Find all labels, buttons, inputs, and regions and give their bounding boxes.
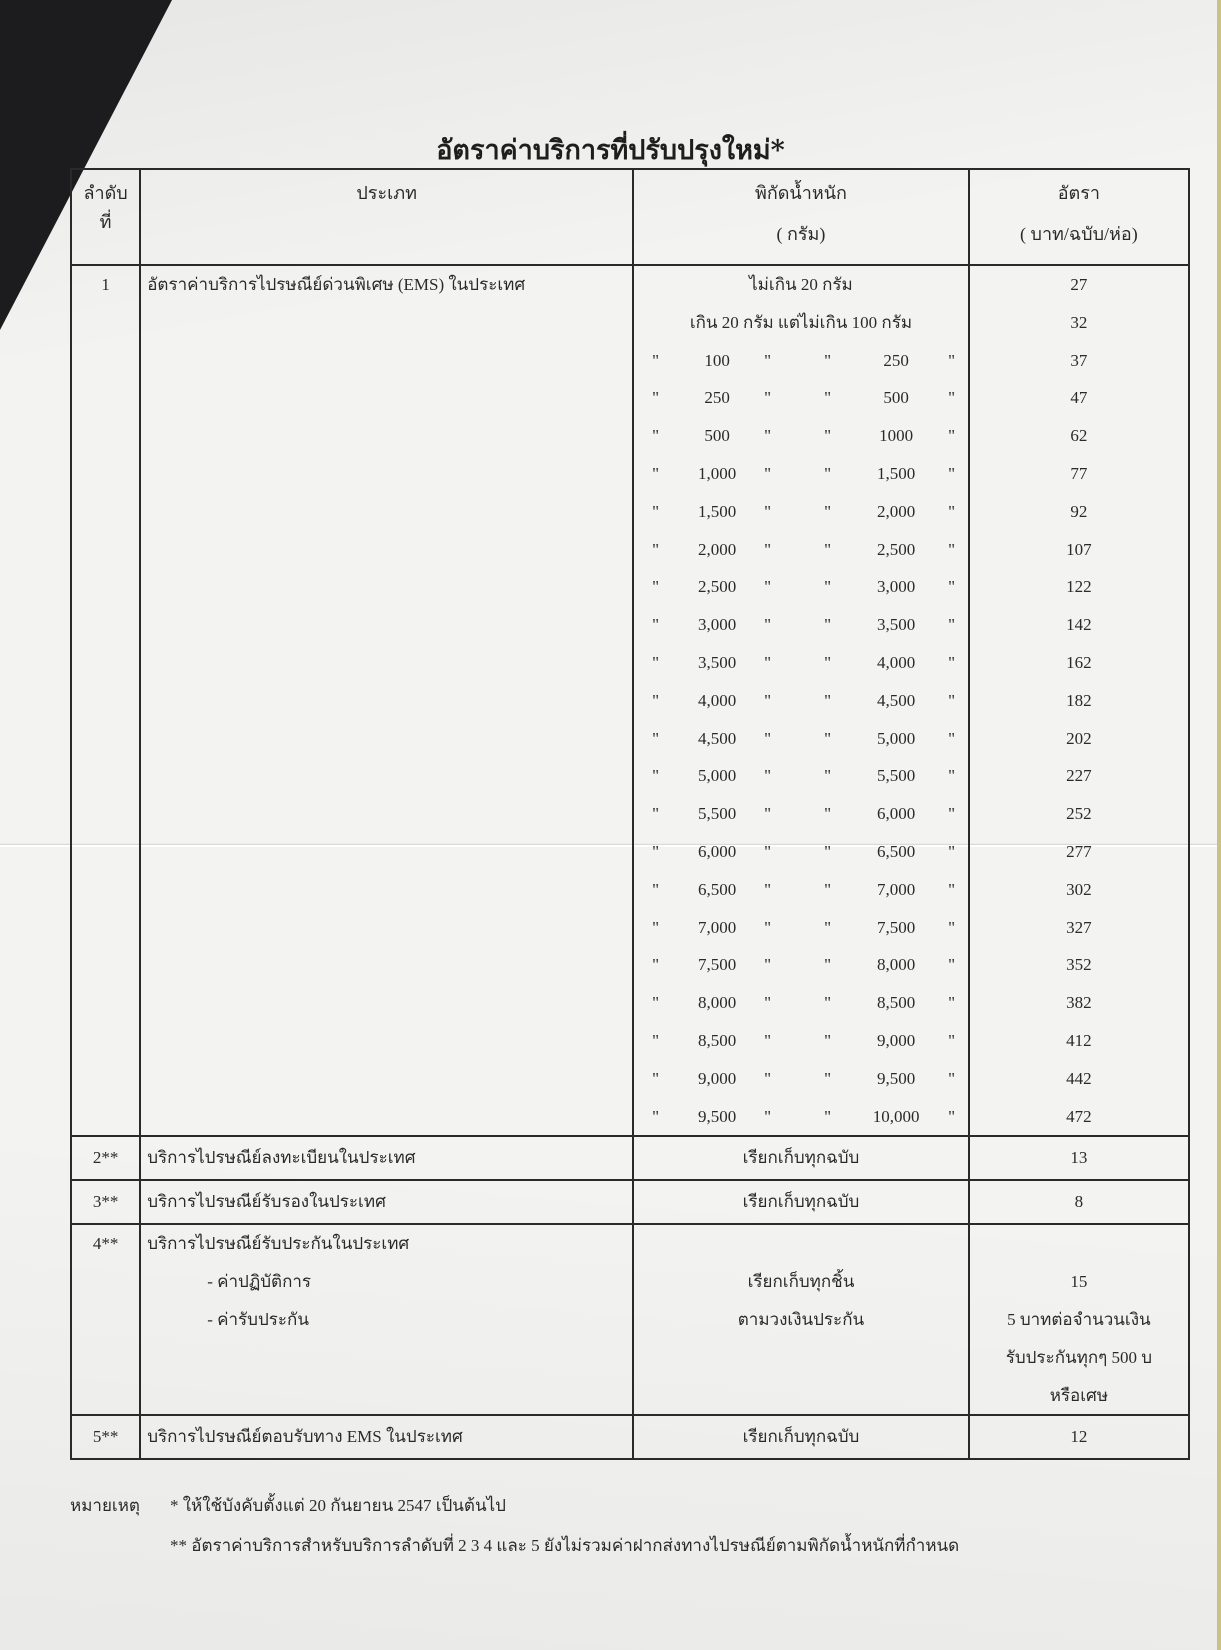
weight-tier: "4,500""5,000" bbox=[640, 720, 962, 758]
rate-value: 182 bbox=[976, 682, 1182, 720]
weight-tier: "2,000""2,500" bbox=[640, 531, 962, 569]
weight-tier: "6,000""6,500" bbox=[640, 833, 962, 871]
header-no: ลำดับที่ bbox=[71, 169, 140, 265]
weight-tier: "5,000""5,500" bbox=[640, 757, 962, 795]
note-2: ** อัตราค่าบริการสำหรับบริการลำดับที่ 2 … bbox=[70, 1526, 959, 1566]
section-5-rate: 12 bbox=[969, 1415, 1189, 1459]
document-title: อัตราค่าบริการที่ปรับปรุงใหม่* bbox=[0, 128, 1221, 171]
weight-tier: "8,500""9,000" bbox=[640, 1022, 962, 1060]
weight-tier: "100""250" bbox=[640, 342, 962, 380]
rate-value: 302 bbox=[976, 871, 1182, 909]
weight-tier: "250""500" bbox=[640, 379, 962, 417]
table-row-section-3: 3** บริการไปรษณีย์รับรองในประเทศ เรียกเก… bbox=[71, 1180, 1189, 1224]
table-row-section-5: 5** บริการไปรษณีย์ตอบรับทาง EMS ในประเทศ… bbox=[71, 1415, 1189, 1459]
section-2-no: 2** bbox=[71, 1136, 140, 1180]
section-1-type: อัตราค่าบริการไปรษณีย์ด่วนพิเศษ (EMS) ใน… bbox=[140, 265, 633, 1136]
rate-value: 162 bbox=[976, 644, 1182, 682]
rate-value: 107 bbox=[976, 531, 1182, 569]
weight-tier: "1,500""2,000" bbox=[640, 493, 962, 531]
page-edge bbox=[1217, 0, 1221, 1650]
rate-value: 47 bbox=[976, 379, 1182, 417]
section-4-weights: เรียกเก็บทุกชิ้น ตามวงเงินประกัน bbox=[633, 1224, 969, 1415]
table-header-row: ลำดับที่ ประเภท พิกัดน้ำหนัก ( กรัม) อัต… bbox=[71, 169, 1189, 265]
weight-tier: "6,500""7,000" bbox=[640, 871, 962, 909]
weight-tier: "5,500""6,000" bbox=[640, 795, 962, 833]
rate-value: 352 bbox=[976, 946, 1182, 984]
section-3-type: บริการไปรษณีย์รับรองในประเทศ bbox=[140, 1180, 633, 1224]
section-1-rates: 27 32 3747627792107122142162182202227252… bbox=[969, 265, 1189, 1136]
rate-value: 202 bbox=[976, 720, 1182, 758]
weight-tier: "2,500""3,000" bbox=[640, 568, 962, 606]
rate-value: 92 bbox=[976, 493, 1182, 531]
section-4-item-insurance: - ค่ารับประกัน bbox=[147, 1301, 626, 1339]
section-2-type: บริการไปรษณีย์ลงทะเบียนในประเทศ bbox=[140, 1136, 633, 1180]
section-5-no: 5** bbox=[71, 1415, 140, 1459]
rate-value: 227 bbox=[976, 757, 1182, 795]
section-2-rate: 13 bbox=[969, 1136, 1189, 1180]
rate-value: 442 bbox=[976, 1060, 1182, 1098]
section-1-weights: ไม่เกิน 20 กรัม เกิน 20 กรัม แต่ไม่เกิน … bbox=[633, 265, 969, 1136]
header-weight: พิกัดน้ำหนัก ( กรัม) bbox=[633, 169, 969, 265]
section-3-no: 3** bbox=[71, 1180, 140, 1224]
rate-table: ลำดับที่ ประเภท พิกัดน้ำหนัก ( กรัม) อัต… bbox=[70, 168, 1190, 1460]
header-type: ประเภท bbox=[140, 169, 633, 265]
weight-tier: "3,000""3,500" bbox=[640, 606, 962, 644]
section-4-type: บริการไปรษณีย์รับประกันในประเทศ - ค่าปฏิ… bbox=[140, 1224, 633, 1415]
weight-tier: "1,000""1,500" bbox=[640, 455, 962, 493]
table-row-section-2: 2** บริการไปรษณีย์ลงทะเบียนในประเทศ เรีย… bbox=[71, 1136, 1189, 1180]
section-4-rates: 15 5 บาทต่อจำนวนเงิน รับประกันทุกๆ 500 บ… bbox=[969, 1224, 1189, 1415]
weight-tier: "9,000""9,500" bbox=[640, 1060, 962, 1098]
note-1: หมายเหตุ* ให้ใช้บังคับตั้งแต่ 20 กันยายน… bbox=[70, 1486, 959, 1526]
weight-tier: "4,000""4,500" bbox=[640, 682, 962, 720]
section-5-type: บริการไปรษณีย์ตอบรับทาง EMS ในประเทศ bbox=[140, 1415, 633, 1459]
weight-tier: "7,000""7,500" bbox=[640, 909, 962, 947]
rate-value: 327 bbox=[976, 909, 1182, 947]
rate-value: 77 bbox=[976, 455, 1182, 493]
section-1-no: 1 bbox=[71, 265, 140, 1136]
section-4-item-operation: - ค่าปฏิบัติการ bbox=[147, 1263, 626, 1301]
rate-value: 122 bbox=[976, 568, 1182, 606]
section-5-weight: เรียกเก็บทุกฉบับ bbox=[633, 1415, 969, 1459]
rate-value: 252 bbox=[976, 795, 1182, 833]
rate-value: 62 bbox=[976, 417, 1182, 455]
section-3-rate: 8 bbox=[969, 1180, 1189, 1224]
weight-tier: "7,500""8,000" bbox=[640, 946, 962, 984]
notes: หมายเหตุ* ให้ใช้บังคับตั้งแต่ 20 กันยายน… bbox=[70, 1486, 959, 1566]
rate-value: 472 bbox=[976, 1098, 1182, 1136]
table-row-section-4: 4** บริการไปรษณีย์รับประกันในประเทศ - ค่… bbox=[71, 1224, 1189, 1415]
section-3-weight: เรียกเก็บทุกฉบับ bbox=[633, 1180, 969, 1224]
rate-value: 37 bbox=[976, 342, 1182, 380]
rate-value: 412 bbox=[976, 1022, 1182, 1060]
section-4-no: 4** bbox=[71, 1224, 140, 1415]
rate-value: 382 bbox=[976, 984, 1182, 1022]
header-rate: อัตรา ( บาท/ฉบับ/ห่อ) bbox=[969, 169, 1189, 265]
weight-tier: "3,500""4,000" bbox=[640, 644, 962, 682]
section-2-weight: เรียกเก็บทุกฉบับ bbox=[633, 1136, 969, 1180]
weight-tier: "9,500""10,000" bbox=[640, 1098, 962, 1136]
rate-value: 142 bbox=[976, 606, 1182, 644]
table-row-section-1: 1 อัตราค่าบริการไปรษณีย์ด่วนพิเศษ (EMS) … bbox=[71, 265, 1189, 1136]
weight-tier: "500""1000" bbox=[640, 417, 962, 455]
rate-value: 277 bbox=[976, 833, 1182, 871]
weight-tier: "8,000""8,500" bbox=[640, 984, 962, 1022]
